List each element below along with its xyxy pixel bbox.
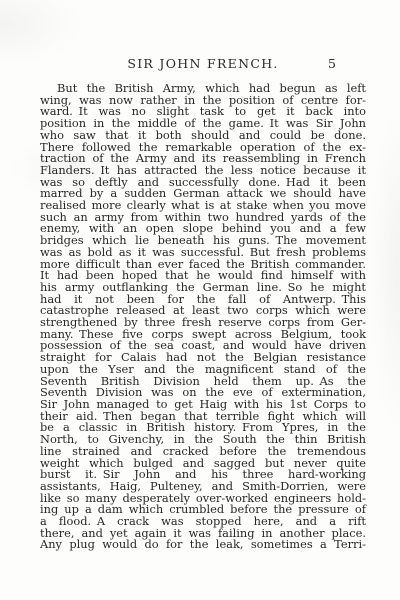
body-text: But the British Army, which had begun as… — [40, 83, 366, 551]
page-title: SIR JOHN FRENCH. — [40, 56, 366, 72]
running-header: SIR JOHN FRENCH. 5 — [40, 56, 366, 72]
book-page: SIR JOHN FRENCH. 5 But the British Army,… — [0, 0, 400, 600]
page-number: 5 — [328, 56, 336, 72]
text-line: Any plug would do for the leak, sometime… — [40, 539, 366, 551]
